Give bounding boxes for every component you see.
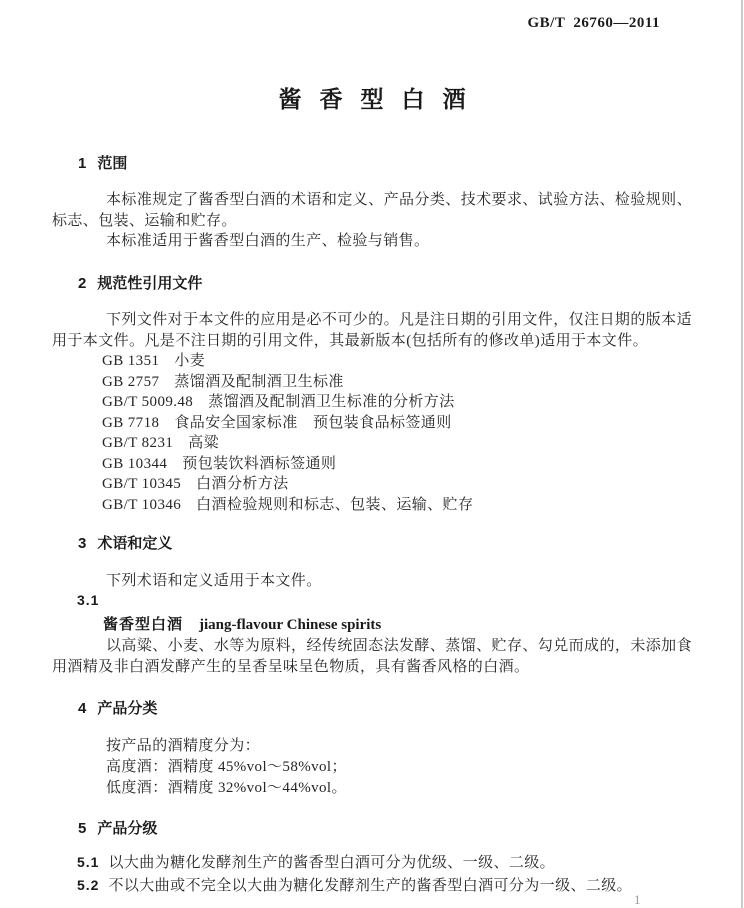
reference-item: GB/T 10345白酒分析方法 <box>102 474 473 495</box>
reference-title: 预包装饮料酒标签通则 <box>182 454 336 475</box>
reference-title: 蒸馏酒及配制酒卫生标准的分析方法 <box>208 392 454 413</box>
section-1-number: 1 <box>78 155 86 172</box>
section-5-number: 5 <box>78 820 86 837</box>
page-number: 1 <box>634 892 641 908</box>
scan-page-edge <box>741 0 743 908</box>
section-1-heading: 1范围 <box>78 152 127 173</box>
section-2-heading: 2规范性引用文件 <box>78 272 202 293</box>
term-chinese: 酱香型白酒 <box>103 616 183 633</box>
reference-code: GB 7718 <box>102 413 159 434</box>
reference-item: GB/T 5009.48蒸馏酒及配制酒卫生标准的分析方法 <box>102 392 473 413</box>
section-5-title: 产品分级 <box>97 820 157 837</box>
low-alcohol-line: 低度酒：酒精度 32%vol～44%vol。 <box>52 778 692 799</box>
reference-code: GB 10344 <box>102 454 167 475</box>
document-title: 酱香型白酒 <box>0 81 744 114</box>
high-alcohol-line: 高度酒：酒精度 45%vol～58%vol； <box>52 757 692 778</box>
section-4-number: 4 <box>78 700 86 717</box>
reference-title: 食品安全国家标准 预包装食品标签通则 <box>174 413 451 434</box>
term-definition-heading: 酱香型白酒jiang-flavour Chinese spirits <box>103 613 381 634</box>
section-2-number: 2 <box>78 275 86 292</box>
clause-5-1-text: 以大曲为糖化发酵剂生产的酱香型白酒可分为优级、一级、二级。 <box>108 855 555 871</box>
reference-title: 蒸馏酒及配制酒卫生标准 <box>174 372 343 393</box>
reference-title: 小麦 <box>174 351 205 372</box>
document-title-text: 酱香型白酒 <box>261 86 484 112</box>
clause-5-2-number: 5.2 <box>77 877 99 893</box>
section-4-title: 产品分类 <box>97 700 157 717</box>
reference-item: GB 10344预包装饮料酒标签通则 <box>102 454 473 475</box>
reference-item: GB/T 8231高粱 <box>102 433 473 454</box>
section-4-heading: 4产品分类 <box>78 697 157 718</box>
section-5-heading: 5产品分级 <box>78 817 157 838</box>
reference-code: GB 1351 <box>102 351 159 372</box>
section-4-intro-line: 按产品的酒精度分为： <box>52 736 692 757</box>
reference-title: 白酒分析方法 <box>196 474 288 495</box>
reference-code: GB/T 5009.48 <box>102 392 193 413</box>
reference-code: GB/T 8231 <box>102 433 173 454</box>
section-3-heading: 3术语和定义 <box>78 532 172 553</box>
section-1-paragraph-2: 本标准适用于酱香型白酒的生产、检验与销售。 <box>52 231 692 252</box>
term-number: 3.1 <box>77 592 99 608</box>
section-1-paragraph-1: 本标准规定了酱香型白酒的术语和定义、产品分类、技术要求、试验方法、检验规则、标志… <box>52 190 692 231</box>
term-definition-text: 以高粱、小麦、水等为原料，经传统固态法发酵、蒸馏、贮存、勾兑而成的，未添加食用酒… <box>52 636 692 677</box>
section-3-title: 术语和定义 <box>97 535 172 552</box>
reference-item: GB 2757蒸馏酒及配制酒卫生标准 <box>102 372 473 393</box>
reference-title: 白酒检验规则和标志、包装、运输、贮存 <box>196 495 473 516</box>
reference-item: GB/T 10346白酒检验规则和标志、包装、运输、贮存 <box>102 495 473 516</box>
reference-code: GB/T 10345 <box>102 474 181 495</box>
section-3-paragraph-1: 下列术语和定义适用于本文件。 <box>52 571 692 592</box>
reference-code: GB 2757 <box>102 372 159 393</box>
reference-item: GB 7718食品安全国家标准 预包装食品标签通则 <box>102 413 473 434</box>
reference-code: GB/T 10346 <box>102 495 181 516</box>
section-2-paragraph-1: 下列文件对于本文件的应用是必不可少的。凡是注日期的引用文件，仅注日期的版本适用于… <box>52 310 692 351</box>
section-3-number: 3 <box>78 535 86 552</box>
reference-item: GB 1351小麦 <box>102 351 473 372</box>
clause-5-1: 5.1以大曲为糖化发酵剂生产的酱香型白酒可分为优级、一级、二级。 <box>77 851 555 872</box>
document-page: GB/T 26760—2011 酱香型白酒 1范围 本标准规定了酱香型白酒的术语… <box>0 0 744 908</box>
clause-5-1-number: 5.1 <box>77 854 99 870</box>
clause-5-2: 5.2不以大曲或不完全以大曲为糖化发酵剂生产的酱香型白酒可分为一级、二级。 <box>77 874 632 895</box>
clause-5-2-text: 不以大曲或不完全以大曲为糖化发酵剂生产的酱香型白酒可分为一级、二级。 <box>108 878 632 894</box>
section-2-title: 规范性引用文件 <box>97 275 202 292</box>
reference-title: 高粱 <box>188 433 219 454</box>
normative-references-list: GB 1351小麦 GB 2757蒸馏酒及配制酒卫生标准 GB/T 5009.4… <box>102 351 473 515</box>
term-english: jiang-flavour Chinese spirits <box>199 617 381 633</box>
section-1-title: 范围 <box>97 155 127 172</box>
standard-code: GB/T 26760—2011 <box>528 15 661 32</box>
